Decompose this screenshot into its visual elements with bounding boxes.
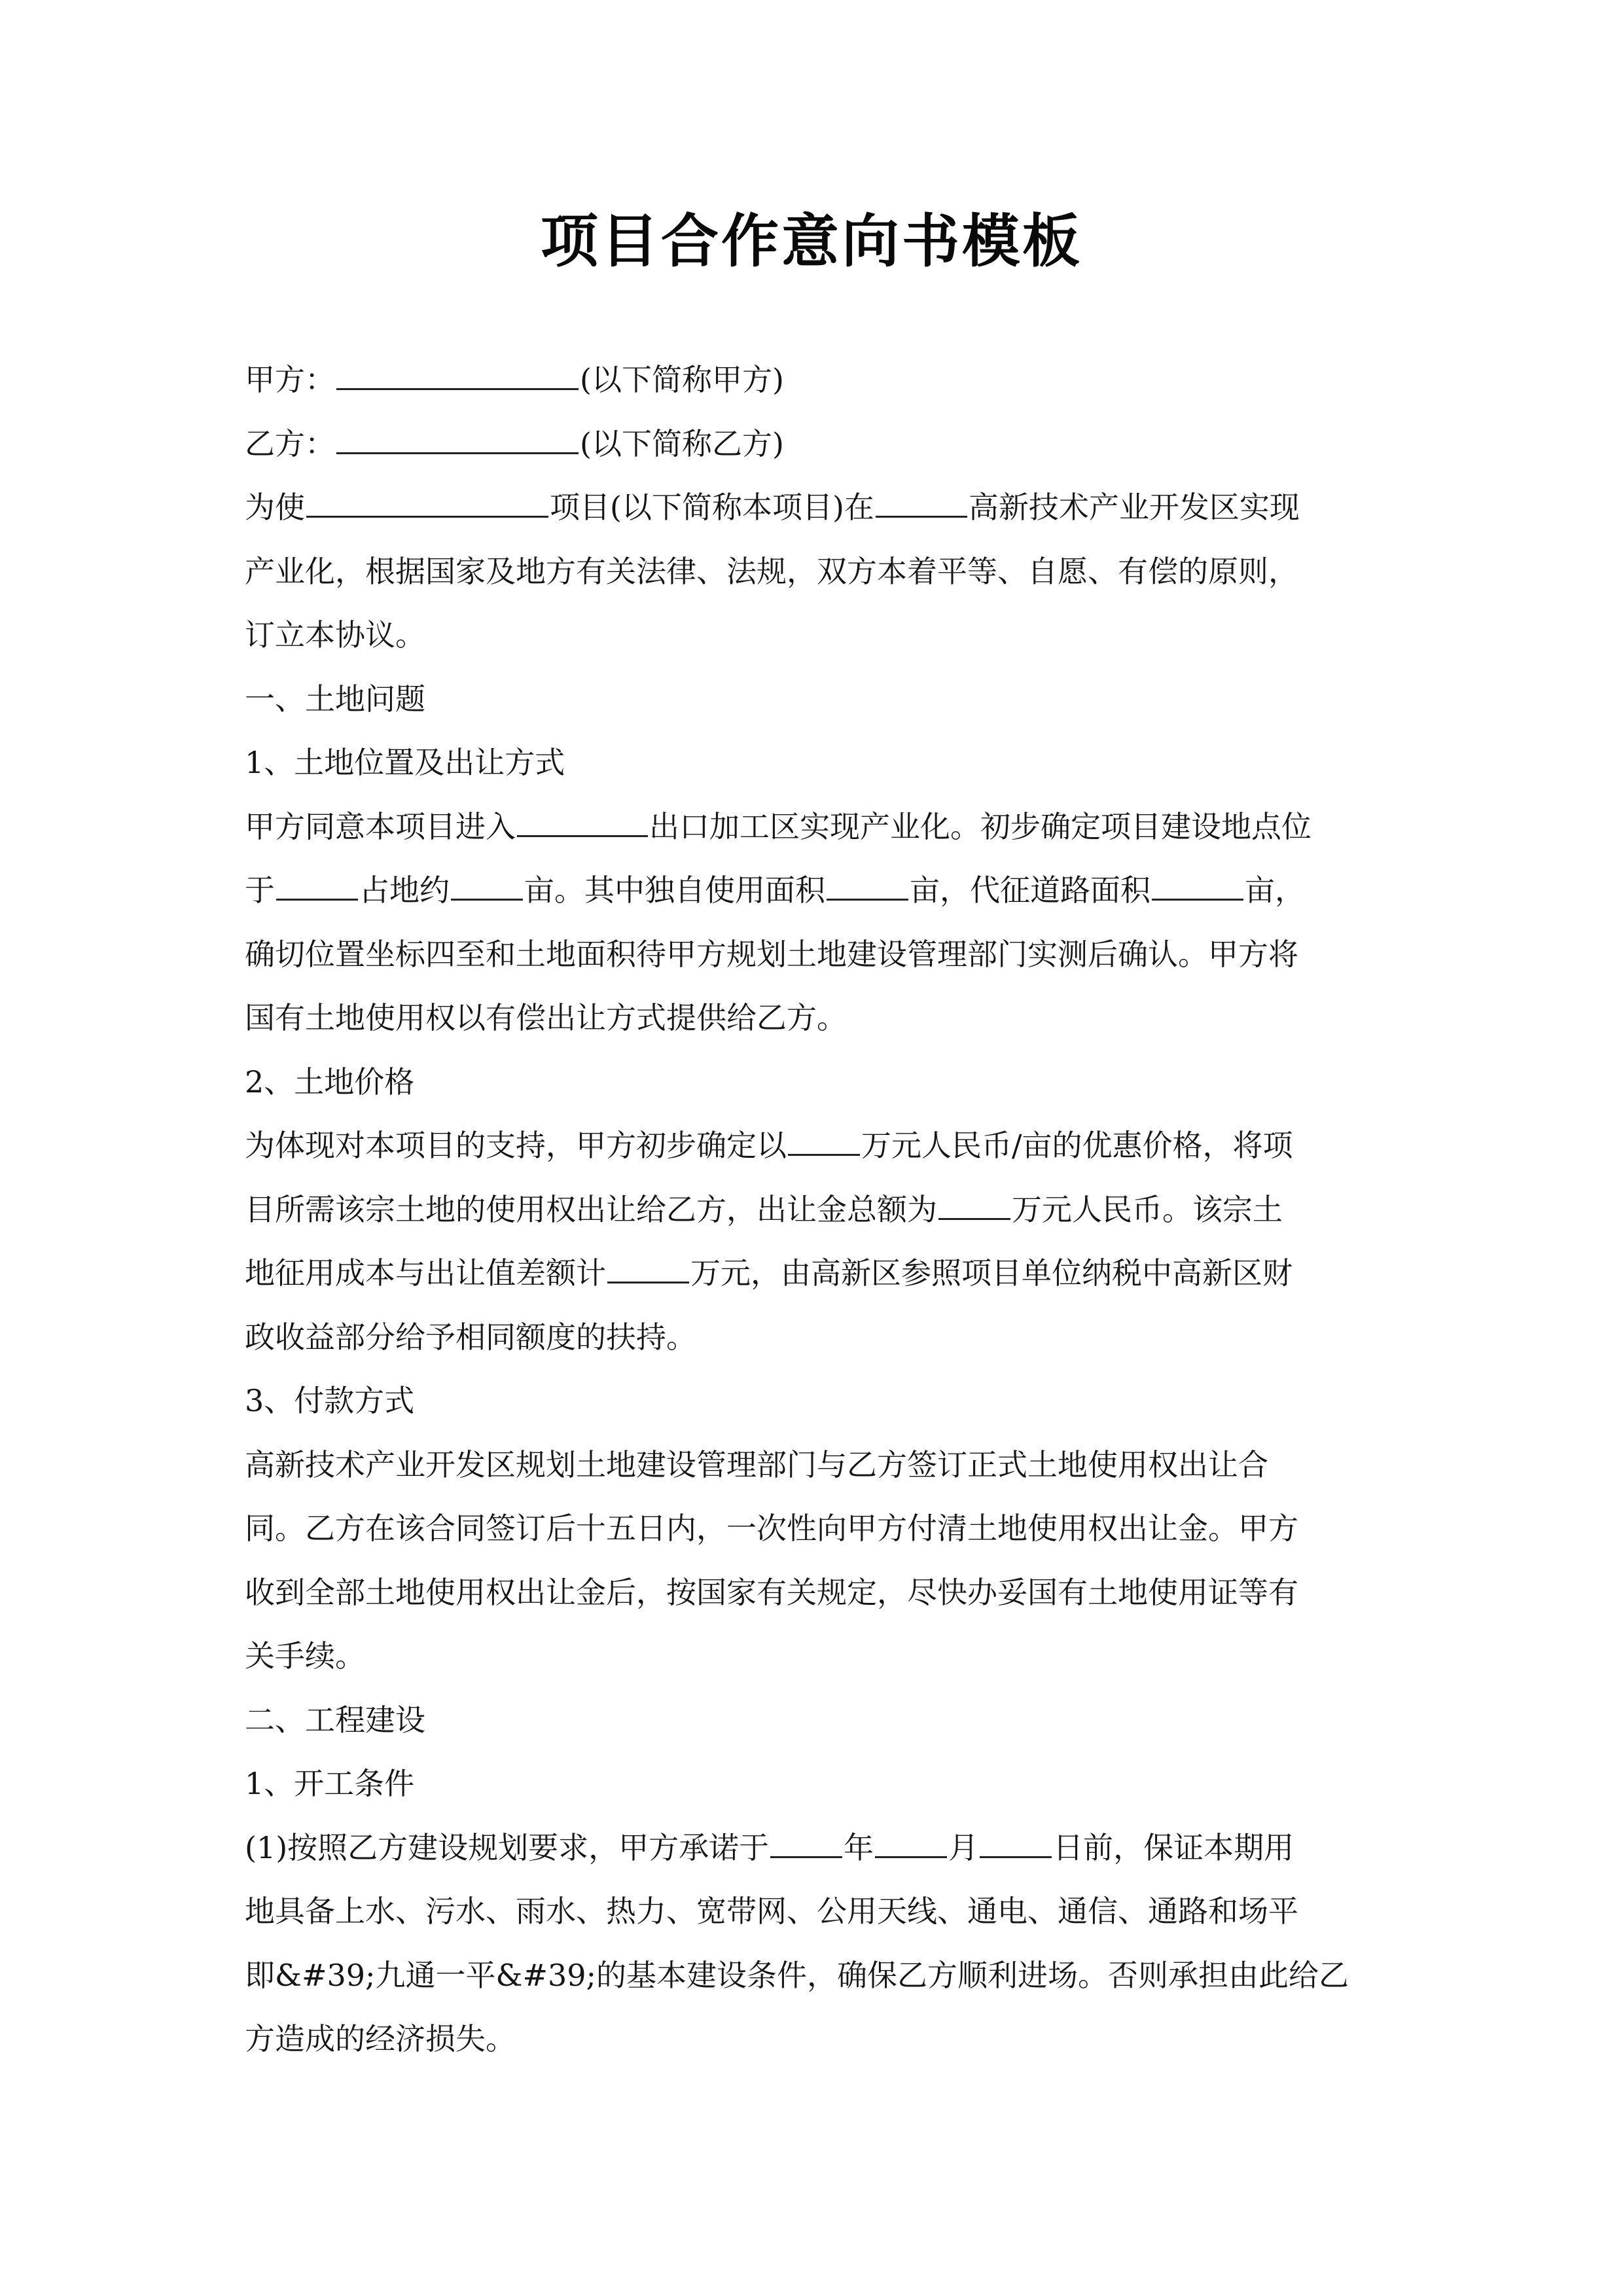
fill-in-blank [336,359,579,390]
text-line: 关手续。 [245,1624,1397,1689]
fill-in-blank [980,1827,1052,1858]
text-segment: 一、土地问题 [245,681,425,717]
text-line: 一、土地问题 [245,668,1397,732]
text-line: 1、开工条件 [245,1752,1397,1816]
fill-in-blank [827,870,908,901]
text-segment: 3、付款方式 [245,1383,414,1418]
fill-in-blank [788,1125,860,1156]
text-segment: 同。乙方在该合同签订后十五日内，一次性向甲方付清土地使用权出让金。甲方 [245,1511,1298,1546]
text-segment: 方造成的经济损失。 [245,2021,516,2056]
text-line: 产业化，根据国家及地方有关法律、法规，双方本着平等、自愿、有偿的原则， [245,540,1397,604]
text-segment: 为体现对本项目的支持，甲方初步确定以 [245,1128,787,1163]
text-line: 1、土地位置及出让方式 [245,731,1397,795]
text-segment: 万元人民币/亩的优惠价格，将项 [861,1128,1293,1163]
fill-in-blank [276,870,358,901]
text-segment: 占地约 [359,872,450,908]
text-line: 国有土地使用权以有偿出让方式提供给乙方。 [245,986,1397,1050]
text-segment: 为使 [245,490,305,525]
text-segment: 乙方： [245,426,335,461]
text-segment: 日前，保证本期用 [1053,1830,1294,1865]
text-segment: 确切位置坐标四至和土地面积待甲方规划土地建设管理部门实测后确认。甲方将 [245,937,1298,972]
text-segment: 2、土地价格 [245,1064,414,1100]
text-segment: 高新技术产业开发区实现 [969,490,1300,525]
text-line: 确切位置坐标四至和土地面积待甲方规划土地建设管理部门实测后确认。甲方将 [245,923,1397,987]
text-line: 于占地约亩。其中独自使用面积亩，代征道路面积亩， [245,859,1397,923]
text-segment: (以下简称甲方) [580,362,784,397]
text-line: 二、工程建设 [245,1689,1397,1753]
fill-in-blank [876,487,967,518]
text-segment: 于 [245,872,275,908]
text-segment: 甲方同意本项目进入 [245,809,516,844]
text-segment: 年 [844,1830,874,1865]
text-segment: (1)按照乙方建设规划要求，甲方承诺于 [245,1830,769,1865]
text-line: (1)按照乙方建设规划要求，甲方承诺于年月日前，保证本期用 [245,1816,1397,1880]
text-segment: 关手续。 [245,1638,365,1674]
text-segment: 订立本协议。 [245,617,425,653]
text-line: 2、土地价格 [245,1050,1397,1115]
text-line: 乙方：(以下简称乙方) [245,412,1397,476]
text-segment: 甲方： [245,362,335,397]
fill-in-blank [875,1827,947,1858]
text-segment: 万元人民币。该宗土 [1012,1192,1283,1227]
text-line: 即&#39;九通一平&#39;的基本建设条件，确保乙方顺利进场。否则承担由此给乙 [245,1944,1397,2008]
fill-in-blank [336,423,579,454]
text-line: 高新技术产业开发区规划土地建设管理部门与乙方签订正式土地使用权出让合 [245,1433,1397,1498]
text-segment: 亩。其中独自使用面积 [524,872,825,908]
text-segment: 目所需该宗土地的使用权出让给乙方，出让金总额为 [245,1192,937,1227]
text-segment: 项目(以下简称本项目)在 [550,490,874,525]
text-segment: 高新技术产业开发区规划土地建设管理部门与乙方签订正式土地使用权出让合 [245,1447,1268,1482]
text-segment: 1、土地位置及出让方式 [245,745,565,780]
text-line: 目所需该宗土地的使用权出让给乙方，出让金总额为万元人民币。该宗土 [245,1178,1397,1242]
fill-in-blank [938,1189,1010,1220]
fill-in-blank [607,1253,689,1283]
document-page: 项目合作意向书模板 甲方：(以下简称甲方)乙方：(以下简称乙方)为使项目(以下简… [0,0,1623,2296]
text-line: 地征用成本与出让值差额计万元，由高新区参照项目单位纳税中高新区财 [245,1242,1397,1306]
text-segment: 政收益部分给予相同额度的扶持。 [245,1319,696,1355]
text-line: 为使项目(以下简称本项目)在高新技术产业开发区实现 [245,476,1397,540]
text-segment: 即&#39;九通一平&#39;的基本建设条件，确保乙方顺利进场。否则承担由此给乙 [245,1958,1349,1993]
text-line: 地具备上水、污水、雨水、热力、宽带网、公用天线、通电、通信、通路和场平 [245,1880,1397,1944]
text-segment: 亩， [1245,872,1305,908]
text-segment: 1、开工条件 [245,1766,414,1801]
text-line: 收到全部土地使用权出让金后，按国家有关规定，尽快办妥国有土地使用证等有 [245,1561,1397,1625]
text-segment: 出口加工区实现产业化。初步确定项目建设地点位 [649,809,1311,844]
text-line: 订立本协议。 [245,603,1397,668]
document-body: 甲方：(以下简称甲方)乙方：(以下简称乙方)为使项目(以下简称本项目)在高新技术… [245,348,1397,2072]
text-line: 甲方同意本项目进入出口加工区实现产业化。初步确定项目建设地点位 [245,795,1397,859]
text-line: 同。乙方在该合同签订后十五日内，一次性向甲方付清土地使用权出让金。甲方 [245,1497,1397,1561]
fill-in-blank [517,806,648,837]
text-segment: 国有土地使用权以有偿出让方式提供给乙方。 [245,1000,847,1035]
text-line: 为体现对本项目的支持，甲方初步确定以万元人民币/亩的优惠价格，将项 [245,1114,1397,1178]
fill-in-blank [1152,870,1243,901]
text-segment: 亩，代征道路面积 [910,872,1150,908]
text-line: 政收益部分给予相同额度的扶持。 [245,1306,1397,1370]
text-segment: 产业化，根据国家及地方有关法律、法规，双方本着平等、自愿、有偿的原则， [245,554,1298,589]
fill-in-blank [451,870,523,901]
text-segment: 收到全部土地使用权出让金后，按国家有关规定，尽快办妥国有土地使用证等有 [245,1575,1298,1610]
text-line: 方造成的经济损失。 [245,2007,1397,2072]
fill-in-blank [770,1827,842,1858]
text-segment: 地具备上水、污水、雨水、热力、宽带网、公用天线、通电、通信、通路和场平 [245,1893,1298,1929]
text-segment: 地征用成本与出让值差额计 [245,1255,606,1291]
fill-in-blank [306,487,548,518]
text-segment: 万元，由高新区参照项目单位纳税中高新区财 [690,1255,1293,1291]
text-segment: 月 [948,1830,978,1865]
text-segment: (以下简称乙方) [580,426,784,461]
text-segment: 二、工程建设 [245,1702,425,1738]
text-line: 甲方：(以下简称甲方) [245,348,1397,412]
document-title: 项目合作意向书模板 [0,195,1623,287]
text-line: 3、付款方式 [245,1369,1397,1433]
